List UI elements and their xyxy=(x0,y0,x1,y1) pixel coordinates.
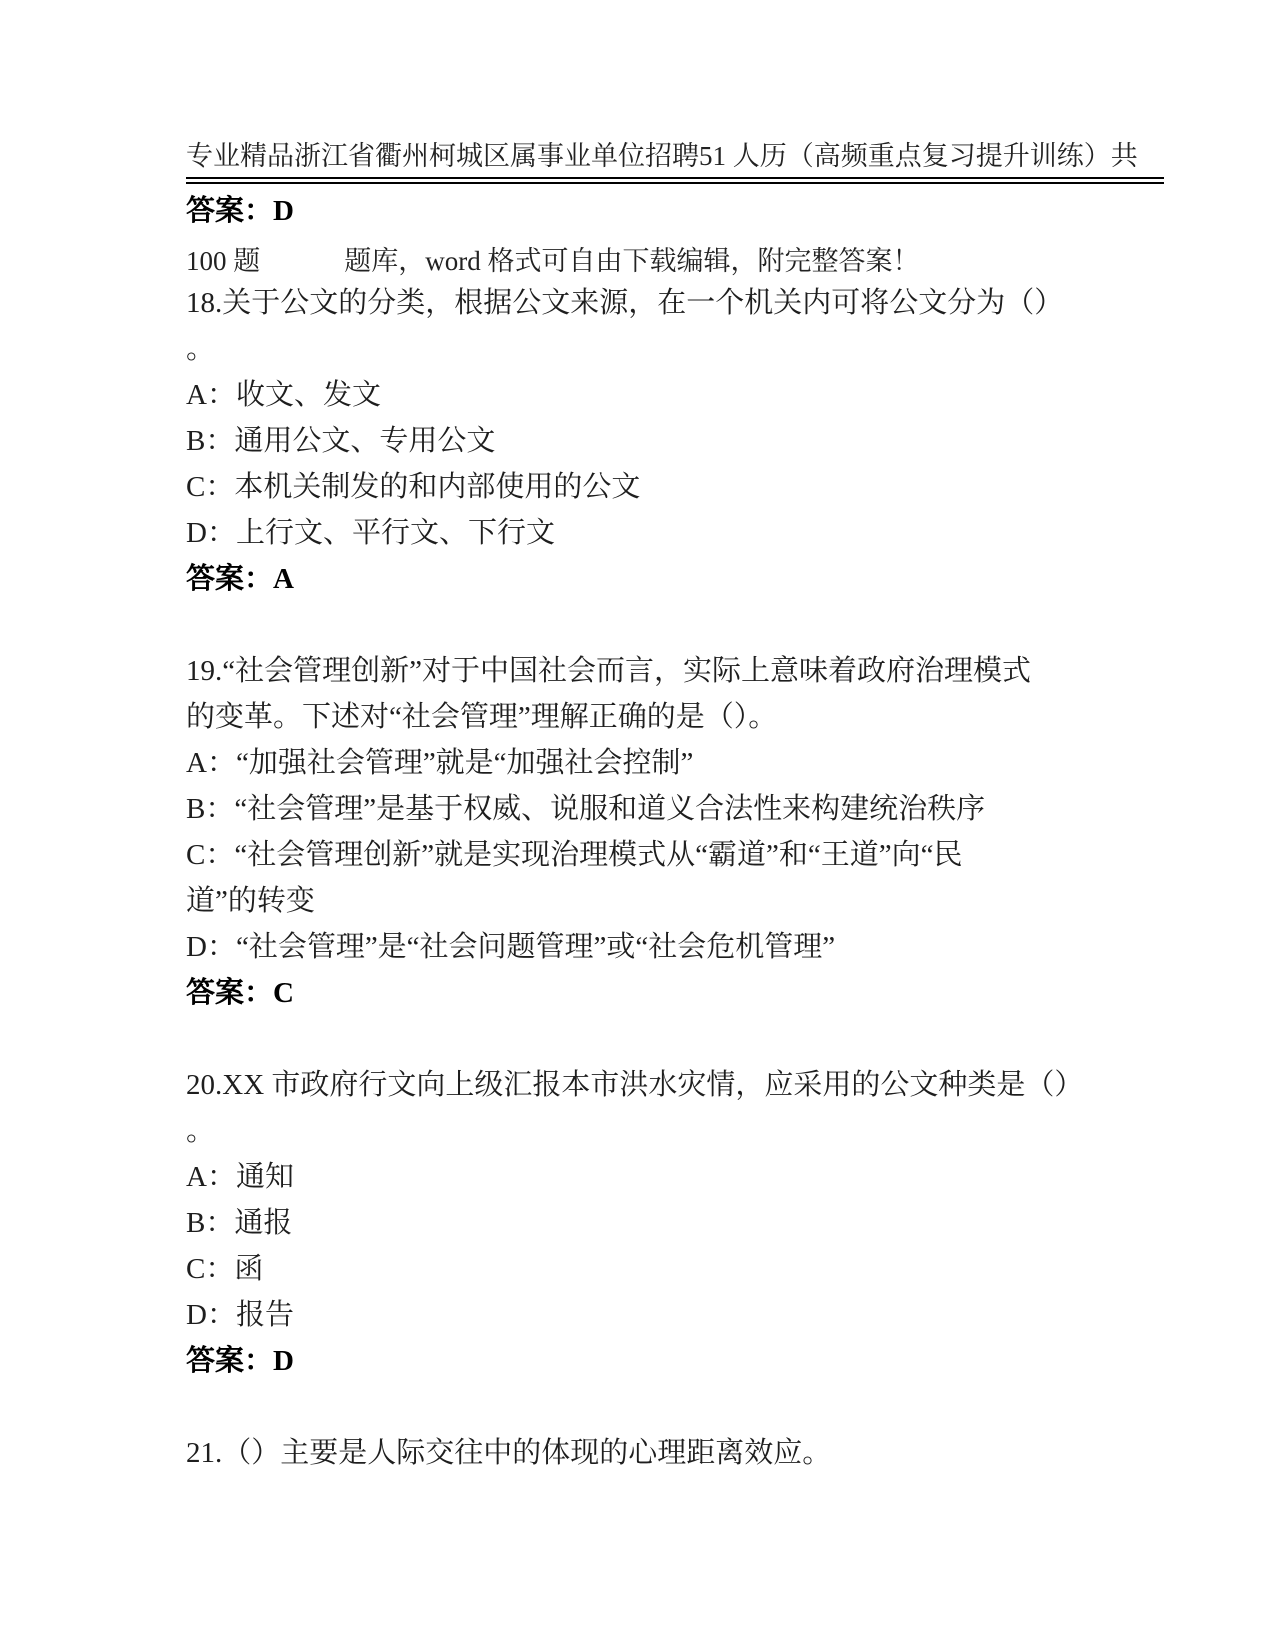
question-19-answer: 答案：C xyxy=(186,970,1206,1016)
question-20-answer: 答案：D xyxy=(186,1338,1206,1384)
question-19-option-b: B：“社会管理”是基于权威、说服和道义合法性来构建统治秩序 xyxy=(186,786,1206,832)
question-20-option-d: D：报告 xyxy=(186,1292,1206,1338)
question-20-option-c: C：函 xyxy=(186,1246,1206,1292)
previous-question-answer: 答案：D xyxy=(186,188,1206,234)
question-18-option-b: B：通用公文、专用公文 xyxy=(186,418,1206,464)
header-title-line-1: 专业精品浙江省衢州柯城区属事业单位招聘51 人历（高频重点复习提升训练）共 xyxy=(186,139,1164,174)
question-20-text-line-2: 。 xyxy=(186,1108,1206,1154)
question-18-option-c: C：本机关制发的和内部使用的公文 xyxy=(186,464,1206,510)
question-18-option-a: A：收文、发文 xyxy=(186,372,1206,418)
question-19-text-line-2: 的变革。下述对“社会管理”理解正确的是（）。 xyxy=(186,694,1206,740)
header-double-rule xyxy=(186,177,1164,184)
blank-line xyxy=(186,1016,1206,1062)
blank-line xyxy=(186,1384,1206,1430)
document-page: 专业精品浙江省衢州柯城区属事业单位招聘51 人历（高频重点复习提升训练）共 10… xyxy=(0,0,1275,1650)
blank-line xyxy=(186,234,1206,280)
document-body: 答案：D 18.关于公文的分类，根据公文来源，在一个机关内可将公文分为（） 。 … xyxy=(186,188,1206,1476)
question-19-text-line-1: 19.“社会管理创新”对于中国社会而言，实际上意味着政府治理模式 xyxy=(186,648,1206,694)
question-18-answer: 答案：A xyxy=(186,556,1206,602)
question-21-text-line-1: 21.（）主要是人际交往中的体现的心理距离效应。 xyxy=(186,1430,1206,1476)
question-19-option-c-line-1: C：“社会管理创新”就是实现治理模式从“霸道”和“王道”向“民 xyxy=(186,832,1206,878)
question-19-option-c-line-2: 道”的转变 xyxy=(186,878,1206,924)
question-19-option-a: A：“加强社会管理”就是“加强社会控制” xyxy=(186,740,1206,786)
question-20-option-a: A：通知 xyxy=(186,1154,1206,1200)
question-20-option-b: B：通报 xyxy=(186,1200,1206,1246)
question-18-option-d: D：上行文、平行文、下行文 xyxy=(186,510,1206,556)
question-18-text-line-1: 18.关于公文的分类，根据公文来源，在一个机关内可将公文分为（） xyxy=(186,280,1206,326)
question-18-text-line-2: 。 xyxy=(186,326,1206,372)
blank-line xyxy=(186,602,1206,648)
question-19-option-d: D：“社会管理”是“社会问题管理”或“社会危机管理” xyxy=(186,924,1206,970)
question-20-text-line-1: 20.XX 市政府行文向上级汇报本市洪水灾情，应采用的公文种类是（） xyxy=(186,1062,1206,1108)
